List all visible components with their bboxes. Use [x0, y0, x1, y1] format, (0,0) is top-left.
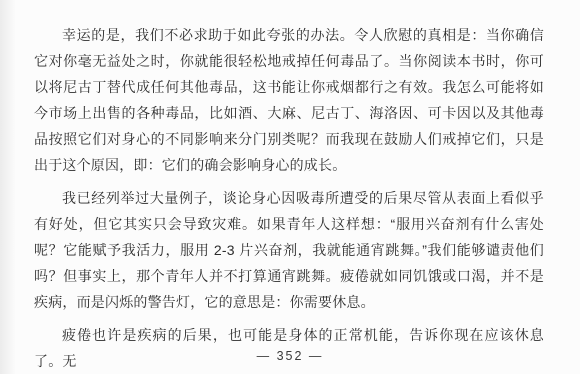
page-footer: — 352 —: [0, 347, 580, 365]
paragraph: 我已经列举过大量例子，谈论身心因吸毒所遭受的后果尽管从表面上看似乎有好处，但它其…: [34, 185, 544, 315]
book-page: 幸运的是，我们不必求助于如此夸张的办法。令人欣慰的真相是：当你确信它对你毫无益处…: [0, 0, 580, 374]
page-number: — 352 —: [257, 349, 324, 363]
paragraph: 幸运的是，我们不必求助于如此夸张的办法。令人欣慰的真相是：当你确信它对你毫无益处…: [34, 22, 544, 178]
page-text: 幸运的是，我们不必求助于如此夸张的办法。令人欣慰的真相是：当你确信它对你毫无益处…: [0, 0, 580, 374]
